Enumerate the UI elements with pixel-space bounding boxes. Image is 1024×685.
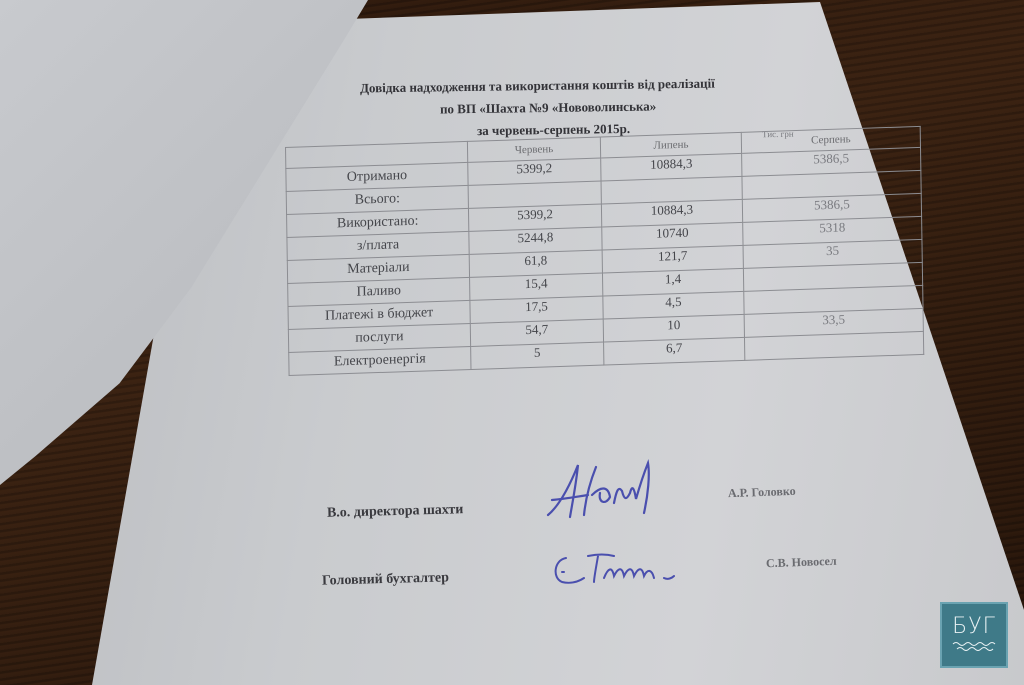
watermark-text: БУГ (942, 614, 1006, 639)
accountant-name: С.В. Новосел (766, 554, 837, 571)
watermark-logo: БУГ (940, 602, 1008, 668)
director-role-label: В.о. директора шахти (327, 502, 464, 522)
waves-icon (952, 641, 996, 651)
director-signature (540, 455, 715, 530)
accountant-role-label: Головний бухгалтер (322, 570, 449, 589)
report-table: Червень Липень Серпень Отримано5399,2108… (285, 126, 924, 376)
value-cell: 5 (471, 342, 604, 369)
report-document: Довідка надходження та використання кошт… (0, 0, 1024, 685)
document-subtitle: по ВП «Шахта №9 «Нововолинська» (440, 98, 656, 117)
value-cell (744, 331, 923, 360)
value-cell: 6,7 (604, 337, 745, 365)
report-table-container: Червень Липень Серпень Отримано5399,2108… (285, 126, 924, 376)
accountant-signature (548, 548, 698, 588)
director-name: А.Р. Головко (728, 484, 796, 501)
row-label: Електроенергія (289, 346, 471, 375)
document-title: Довідка надходження та використання кошт… (360, 76, 715, 97)
